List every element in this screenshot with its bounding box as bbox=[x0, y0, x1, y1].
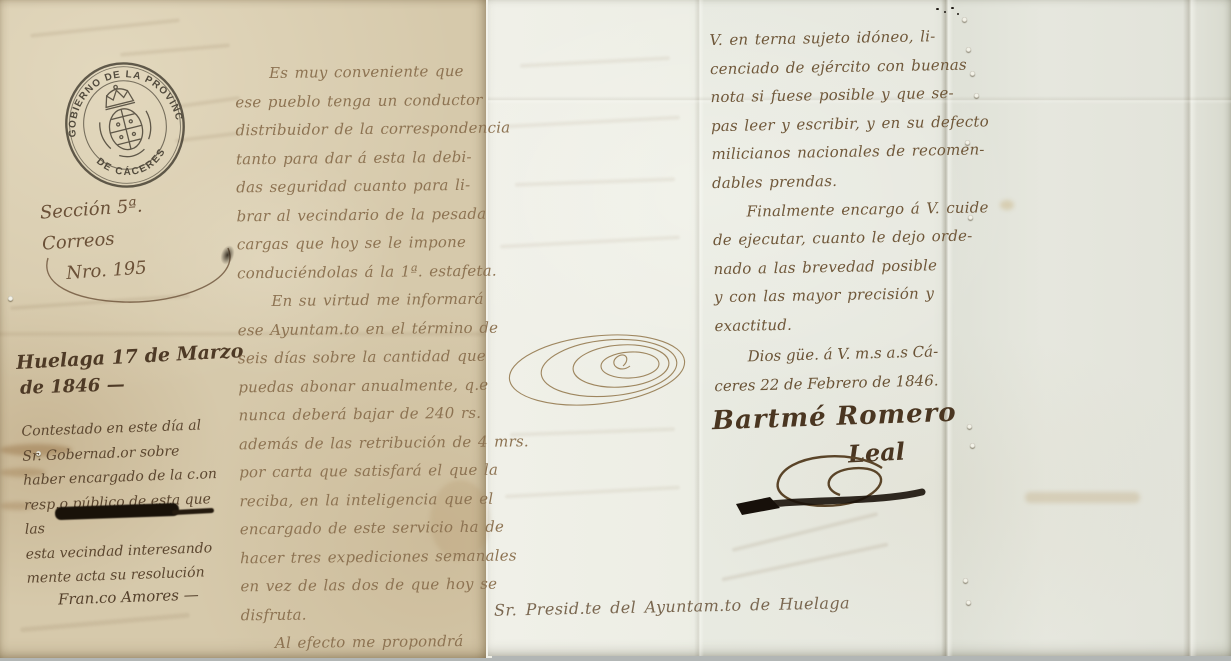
letter-body-left: Es muy conveniente que ese pueblo tenga … bbox=[235, 57, 493, 658]
pinhole bbox=[962, 17, 967, 22]
ink-speck bbox=[951, 7, 954, 9]
body-line: reciba, en la inteligencia que el bbox=[239, 484, 491, 515]
body-line: y con las mayor precisión y bbox=[714, 279, 959, 312]
ink-speck bbox=[944, 11, 946, 13]
signature-rubric bbox=[722, 442, 952, 534]
pinhole bbox=[967, 424, 972, 429]
body-line: en vez de las dos de que hoy se bbox=[240, 570, 492, 601]
body-line: además de las retribución de 4 mrs. bbox=[239, 427, 491, 458]
body-line: ese pueblo tenga un conductor bbox=[235, 85, 487, 116]
stamp-crown bbox=[100, 82, 135, 110]
body-line: Es muy conveniente que bbox=[235, 57, 487, 88]
body-line: hacer tres expediciones semanales bbox=[240, 541, 492, 572]
ink-smear bbox=[736, 497, 780, 515]
body-line: disfruta. bbox=[241, 598, 493, 629]
pen-doodle bbox=[505, 316, 720, 421]
body-line: das seguridad cuanto para li- bbox=[236, 171, 488, 202]
body-line: cenciado de ejército con buenas bbox=[710, 50, 955, 83]
ink-speck bbox=[957, 13, 959, 15]
body-line: nado a las brevedad posible bbox=[713, 251, 958, 284]
stamp-shield bbox=[97, 103, 158, 162]
pinhole bbox=[970, 71, 975, 76]
body-line: distribuidor de la correspondencia bbox=[235, 114, 487, 145]
paper-stain bbox=[1025, 492, 1140, 503]
body-line: de ejecutar, cuanto le dejo orde- bbox=[713, 222, 958, 255]
margin-date: de 1846 — bbox=[20, 374, 125, 399]
letter-scan: GOBIERNO DE LA PROVINCIA DE CÁCERES Secc… bbox=[0, 0, 1231, 661]
body-line: tanto para dar á esta la debi- bbox=[236, 142, 488, 173]
body-line: pas leer y escribir, y en su defecto bbox=[711, 108, 956, 141]
letter-body-right: V. en terna sujeto idóneo, li- cenciado … bbox=[709, 22, 959, 341]
pinhole bbox=[963, 578, 968, 583]
body-line: nota si fuese posible y que se- bbox=[710, 79, 955, 112]
body-line: seis días sobre la cantidad que bbox=[238, 342, 490, 373]
body-line: Finalmente encargo á V. cuide bbox=[712, 193, 957, 226]
pinhole bbox=[966, 600, 971, 605]
paper-stain bbox=[1000, 200, 1014, 210]
pinhole bbox=[974, 93, 979, 98]
svg-text:DE CÁCERES: DE CÁCERES bbox=[93, 140, 173, 186]
body-line: puedas abonar anualmente, q.e bbox=[238, 370, 490, 401]
body-line: brar al vecindario de la pesada bbox=[236, 199, 488, 230]
pinhole bbox=[970, 443, 975, 448]
pinhole bbox=[966, 47, 971, 52]
body-line: exactitud. bbox=[714, 308, 959, 341]
body-line: cargas que hoy se le impone bbox=[237, 228, 489, 259]
body-line: por carta que satisfará el que la bbox=[239, 456, 491, 487]
body-line: conduciéndolas á la 1ª. estafeta. bbox=[237, 256, 489, 287]
body-line: Al efecto me propondrá bbox=[241, 627, 493, 658]
section-flourish bbox=[28, 240, 243, 312]
body-line: encargado de este servicio ha de bbox=[240, 513, 492, 544]
body-line: En su virtud me informará bbox=[237, 285, 489, 316]
ink-speck bbox=[936, 8, 939, 10]
pinhole bbox=[8, 296, 13, 301]
body-line: V. en terna sujeto idóneo, li- bbox=[709, 22, 954, 55]
margin-reply-note: Contestado en este día al Sr. Gobernad.o… bbox=[21, 412, 242, 591]
stamp-ring-text-bottom: DE CÁCERES bbox=[93, 140, 173, 186]
body-line: nunca deberá bajar de 240 rs. bbox=[238, 399, 490, 430]
letter-closing: Dios güe. á V. m.s a.s Cá- ceres 22 de F… bbox=[713, 337, 964, 402]
body-line: milicianos nacionales de recomen- bbox=[711, 136, 956, 169]
body-line: ese Ayuntam.to en el término de bbox=[238, 313, 490, 344]
body-line: dables prendas. bbox=[712, 165, 957, 198]
